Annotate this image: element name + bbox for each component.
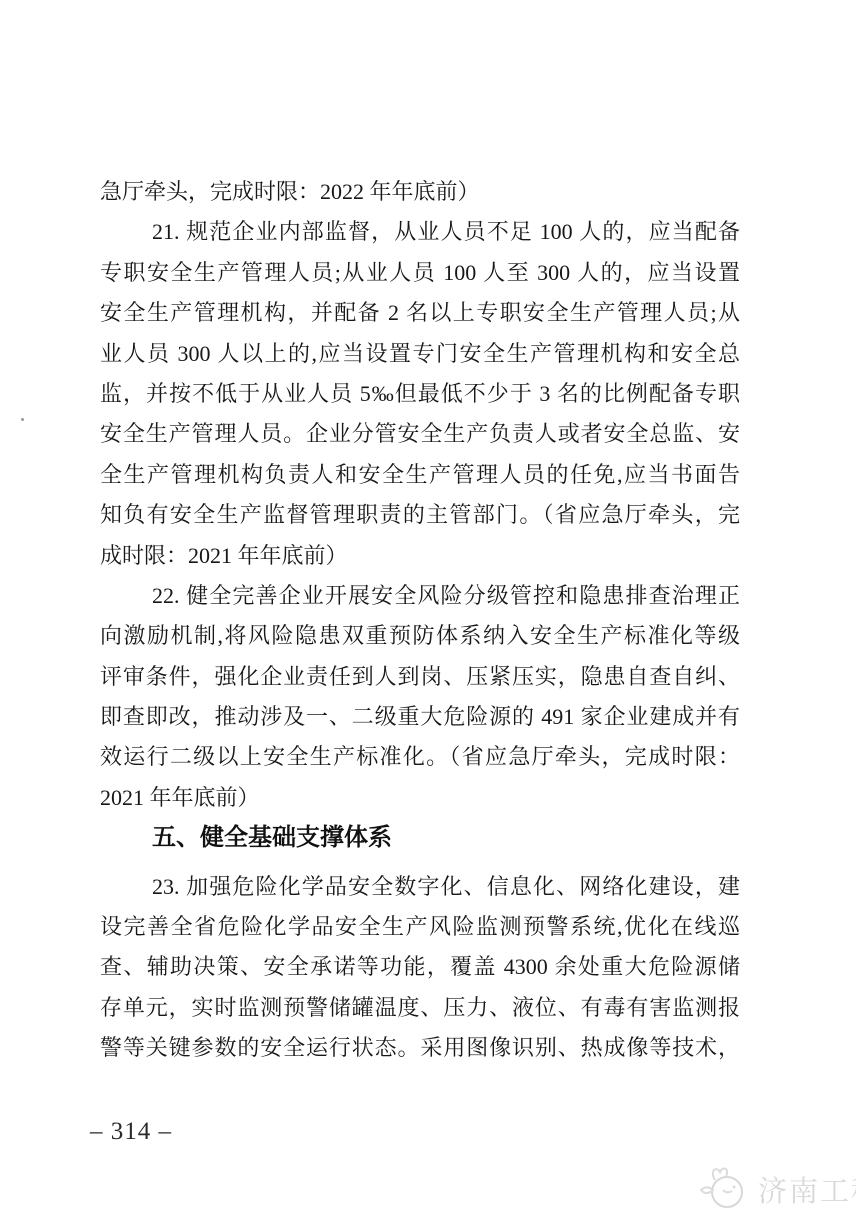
text-line: 警等关键参数的安全运行状态。采用图像识别、热成像等技术，	[100, 1028, 740, 1068]
text-line-item-23: 23. 加强危险化学品安全数字化、信息化、网络化建设，建	[100, 867, 740, 907]
text-line: 全生产管理机构负责人和安全生产管理人员的任免,应当书面告	[100, 455, 740, 495]
watermark: 济南工程	[693, 1160, 856, 1219]
text-line: 向激励机制,将风险隐患双重预防体系纳入安全生产标准化等级	[100, 616, 740, 656]
text-line: 安全生产管理人员。企业分管安全生产负责人或者安全总监、安	[100, 414, 740, 454]
text-line: 知负有安全生产监督管理职责的主管部门。（省应急厅牵头，完	[100, 495, 740, 535]
text-line: 安全生产管理机构，并配备 2 名以上专职安全生产管理人员;从	[100, 293, 740, 333]
text-line: 查、辅助决策、安全承诺等功能，覆盖 4300 余处重大危险源储	[100, 947, 740, 987]
text-line: 存单元，实时监测预警储罐温度、压力、液位、有毒有害监测报	[100, 988, 740, 1028]
text-line: 2021 年年底前）	[100, 778, 740, 818]
dove-mascot-icon	[693, 1160, 753, 1219]
text-line: 效运行二级以上安全生产标准化。（省应急厅牵头，完成时限：	[100, 737, 740, 777]
text-line: 评审条件，强化企业责任到人到岗、压紧压实，隐患自查自纠、	[100, 657, 740, 697]
page-number: – 314 –	[90, 1118, 172, 1146]
text-line: 设完善全省危险化学品安全生产风险监测预警系统,优化在线巡	[100, 907, 740, 947]
text-line: 急厅牵头，完成时限：2022 年年底前）	[100, 172, 740, 212]
scanned-document-page: 急厅牵头，完成时限：2022 年年底前） 21. 规范企业内部监督，从业人员不足…	[0, 0, 856, 1225]
scan-artifact-dot	[21, 418, 24, 421]
section-heading: 五、健全基础支撑体系	[100, 818, 740, 858]
text-line: 成时限：2021 年年底前）	[100, 536, 740, 576]
text-line: 业人员 300 人以上的,应当设置专门安全生产管理机构和安全总	[100, 334, 740, 374]
watermark-text: 济南工程	[758, 1169, 856, 1210]
text-line: 监，并按不低于从业人员 5‰但最低不少于 3 名的比例配备专职	[100, 374, 740, 414]
text-line-item-21: 21. 规范企业内部监督，从业人员不足 100 人的，应当配备	[100, 212, 740, 252]
text-line: 专职安全生产管理人员;从业人员 100 人至 300 人的，应当设置	[100, 253, 740, 293]
text-line: 即查即改，推动涉及一、二级重大危险源的 491 家企业建成并有	[100, 697, 740, 737]
document-body: 急厅牵头，完成时限：2022 年年底前） 21. 规范企业内部监督，从业人员不足…	[100, 172, 740, 1069]
text-line-item-22: 22. 健全完善企业开展安全风险分级管控和隐患排查治理正	[100, 576, 740, 616]
